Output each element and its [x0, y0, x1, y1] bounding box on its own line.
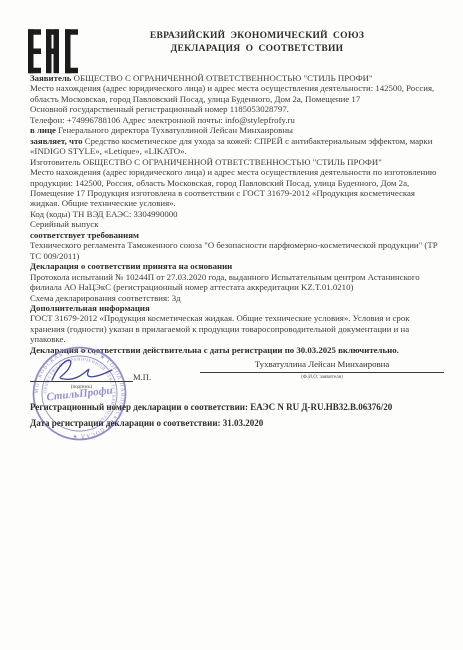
- declaration-document: ЕВРАЗИЙСКИЙ ЭКОНОМИЧЕСКИЙ СОЮЗ ДЕКЛАРАЦИ…: [0, 0, 463, 650]
- paragraph-ogrn: Основной государственный регистрационный…: [30, 104, 444, 114]
- signature-caption: (подпись): [30, 384, 133, 390]
- paragraph-text: ОБЩЕСТВО С ОГРАНИЧЕННОЙ ОТВЕТСТВЕННОСТЬЮ…: [71, 73, 372, 83]
- paragraph-lead: Заявитель: [30, 73, 71, 83]
- applicant-name-block: Тухватуллина Лейсан Минхаировна (Ф.И.О. …: [200, 359, 444, 380]
- paragraph-represented-by: в лице Генерального директора Тухватулли…: [30, 125, 444, 135]
- registration-number-value: ЕАЭС N RU Д-RU.НВ32.В.06376/20: [250, 402, 392, 412]
- paragraph-manufacturer: Изготовитель ОБЩЕСТВО С ОГРАНИЧЕННОЙ ОТВ…: [30, 157, 444, 167]
- paragraph-lead: Декларация о соответствии принята на осн…: [30, 261, 232, 271]
- paragraph-text: Протокола испытаний № 10244П от 27.03.20…: [30, 272, 420, 292]
- paragraph-lead: заявляет, что: [30, 136, 83, 146]
- paragraph-serial-production: Серийный выпуск: [30, 219, 444, 229]
- paragraph-text: Основной государственный регистрационный…: [30, 104, 289, 114]
- paragraph-text: Технического регламента Таможенного союз…: [30, 240, 438, 260]
- paragraph-manufacturer-address: Место нахождения (адрес юридического лиц…: [30, 167, 444, 209]
- paragraph-contacts: Телефон: +74996788106 Адрес электронной …: [30, 115, 444, 125]
- paragraph-applicant: Заявитель ОБЩЕСТВО С ОГРАНИЧЕННОЙ ОТВЕТС…: [30, 73, 444, 83]
- paragraph-test-protocol: Протокола испытаний № 10244П от 27.03.20…: [30, 272, 444, 293]
- document-body: Заявитель ОБЩЕСТВО С ОГРАНИЧЕННОЙ ОТВЕТС…: [30, 73, 444, 355]
- title-line-union: ЕВРАЗИЙСКИЙ ЭКОНОМИЧЕСКИЙ СОЮЗ: [70, 30, 444, 43]
- registration-date-line: Дата регистрации декларации о соответств…: [30, 418, 263, 428]
- paragraph-text: Телефон: +74996788106 Адрес электронной …: [30, 115, 295, 125]
- paragraph-technical-regulation: Технического регламента Таможенного союз…: [30, 240, 444, 261]
- paragraph-tnved-code: Код (коды) ТН ВЭД ЕАЭС: 3304990000: [30, 209, 444, 219]
- paragraph-basis-heading: Декларация о соответствии принята на осн…: [30, 261, 444, 271]
- paragraph-additional-info-heading: Дополнительная информация: [30, 303, 444, 313]
- paragraph-lead: в лице: [30, 125, 56, 135]
- paragraph-text: Серийный выпуск: [30, 219, 99, 229]
- paragraph-complies-heading: соответствует требованиям: [30, 230, 444, 240]
- paragraph-declares: заявляет, что Средство косметическое для…: [30, 136, 444, 157]
- paragraph-text: Место нахождения (адрес юридического лиц…: [30, 167, 437, 208]
- paragraph-lead: соответствует требованиям: [30, 230, 139, 240]
- paragraph-text: Изготовитель ОБЩЕСТВО С ОГРАНИЧЕННОЙ ОТВ…: [30, 157, 382, 167]
- applicant-name: Тухватуллина Лейсан Минхаировна: [200, 359, 444, 369]
- registration-number-line: Регистрационный номер декларации о соотв…: [30, 402, 392, 412]
- paragraph-text: Средство косметическое для ухода за коже…: [30, 136, 432, 156]
- registration-date-value: 31.03.2020: [223, 418, 264, 428]
- applicant-name-line: [200, 372, 444, 373]
- document-title: ЕВРАЗИЙСКИЙ ЭКОНОМИЧЕСКИЙ СОЮЗ ДЕКЛАРАЦИ…: [70, 30, 444, 56]
- seal-placeholder-label: М.П.: [133, 372, 151, 382]
- signature-line: [30, 381, 133, 382]
- paragraph-lead: Дополнительная информация: [30, 303, 150, 313]
- registration-number-label: Регистрационный номер декларации о соотв…: [30, 402, 248, 412]
- applicant-name-caption: (Ф.И.О. заявителя): [200, 374, 444, 380]
- paragraph-text: Схема декларирования соответствия: 3д: [30, 293, 181, 303]
- paragraph-text: ГОСТ 31679-2012 «Продукция косметическая…: [30, 313, 410, 344]
- title-line-declaration: ДЕКЛАРАЦИЯ О СООТВЕТСТВИИ: [70, 43, 444, 56]
- registration-date-label: Дата регистрации декларации о соответств…: [30, 418, 221, 428]
- paragraph-additional-info: ГОСТ 31679-2012 «Продукция косметическая…: [30, 313, 444, 344]
- paragraph-text: Генерального директора Тухватуллиной Лей…: [56, 125, 293, 135]
- paragraph-text: Код (коды) ТН ВЭД ЕАЭС: 3304990000: [30, 209, 178, 219]
- paragraph-declaration-scheme: Схема декларирования соответствия: 3д: [30, 293, 444, 303]
- paragraph-applicant-address: Место нахождения (адрес юридического лиц…: [30, 83, 444, 104]
- paragraph-text: Место нахождения (адрес юридического лиц…: [30, 83, 434, 103]
